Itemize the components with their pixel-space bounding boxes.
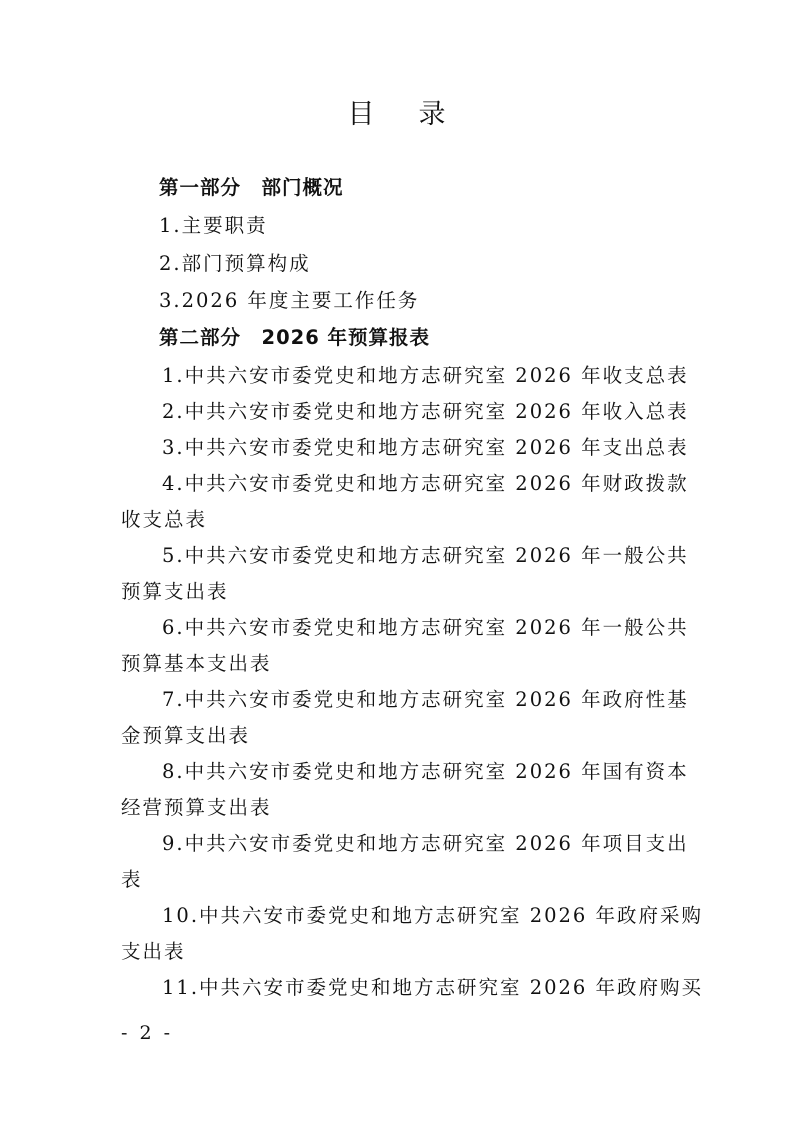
- toc-item: 4.中共六安市委党史和地方志研究室 2026 年财政拨款: [162, 472, 689, 496]
- toc-item: 7.中共六安市委党史和地方志研究室 2026 年政府性基: [162, 688, 689, 712]
- toc-item: 1.主要职责: [159, 214, 268, 238]
- toc-item: 11.中共六安市委党史和地方志研究室 2026 年政府购买: [162, 976, 703, 1000]
- part-2-heading: 第二部分 2026 年预算报表: [159, 326, 430, 350]
- toc-item-continuation: 预算支出表: [121, 580, 229, 604]
- title-char-2: 录: [419, 92, 446, 131]
- page-number: - 2 -: [121, 1022, 173, 1044]
- toc-item: 6.中共六安市委党史和地方志研究室 2026 年一般公共: [162, 616, 689, 640]
- toc-item-continuation: 经营预算支出表: [121, 796, 272, 820]
- part-1-heading: 第一部分 部门概况: [159, 176, 344, 200]
- toc-item: 2.部门预算构成: [159, 252, 311, 276]
- page-title: 目录: [0, 92, 793, 131]
- toc-item: 8.中共六安市委党史和地方志研究室 2026 年国有资本: [162, 760, 689, 784]
- toc-item: 10.中共六安市委党史和地方志研究室 2026 年政府采购: [162, 904, 703, 928]
- toc-item: 9.中共六安市委党史和地方志研究室 2026 年项目支出: [162, 832, 689, 856]
- toc-item: 2.中共六安市委党史和地方志研究室 2026 年收入总表: [162, 400, 689, 424]
- toc-item: 3.中共六安市委党史和地方志研究室 2026 年支出总表: [162, 436, 689, 460]
- toc-item-continuation: 支出表: [121, 940, 186, 964]
- toc-item: 1.中共六安市委党史和地方志研究室 2026 年收支总表: [162, 364, 689, 388]
- toc-item-continuation: 金预算支出表: [121, 724, 250, 748]
- toc-item-continuation: 表: [121, 868, 143, 892]
- toc-item-continuation: 预算基本支出表: [121, 652, 272, 676]
- toc-item: 5.中共六安市委党史和地方志研究室 2026 年一般公共: [162, 544, 689, 568]
- toc-item-continuation: 收支总表: [121, 508, 207, 532]
- title-char-1: 目: [348, 92, 375, 131]
- toc-item: 3.2026 年度主要工作任务: [159, 289, 419, 313]
